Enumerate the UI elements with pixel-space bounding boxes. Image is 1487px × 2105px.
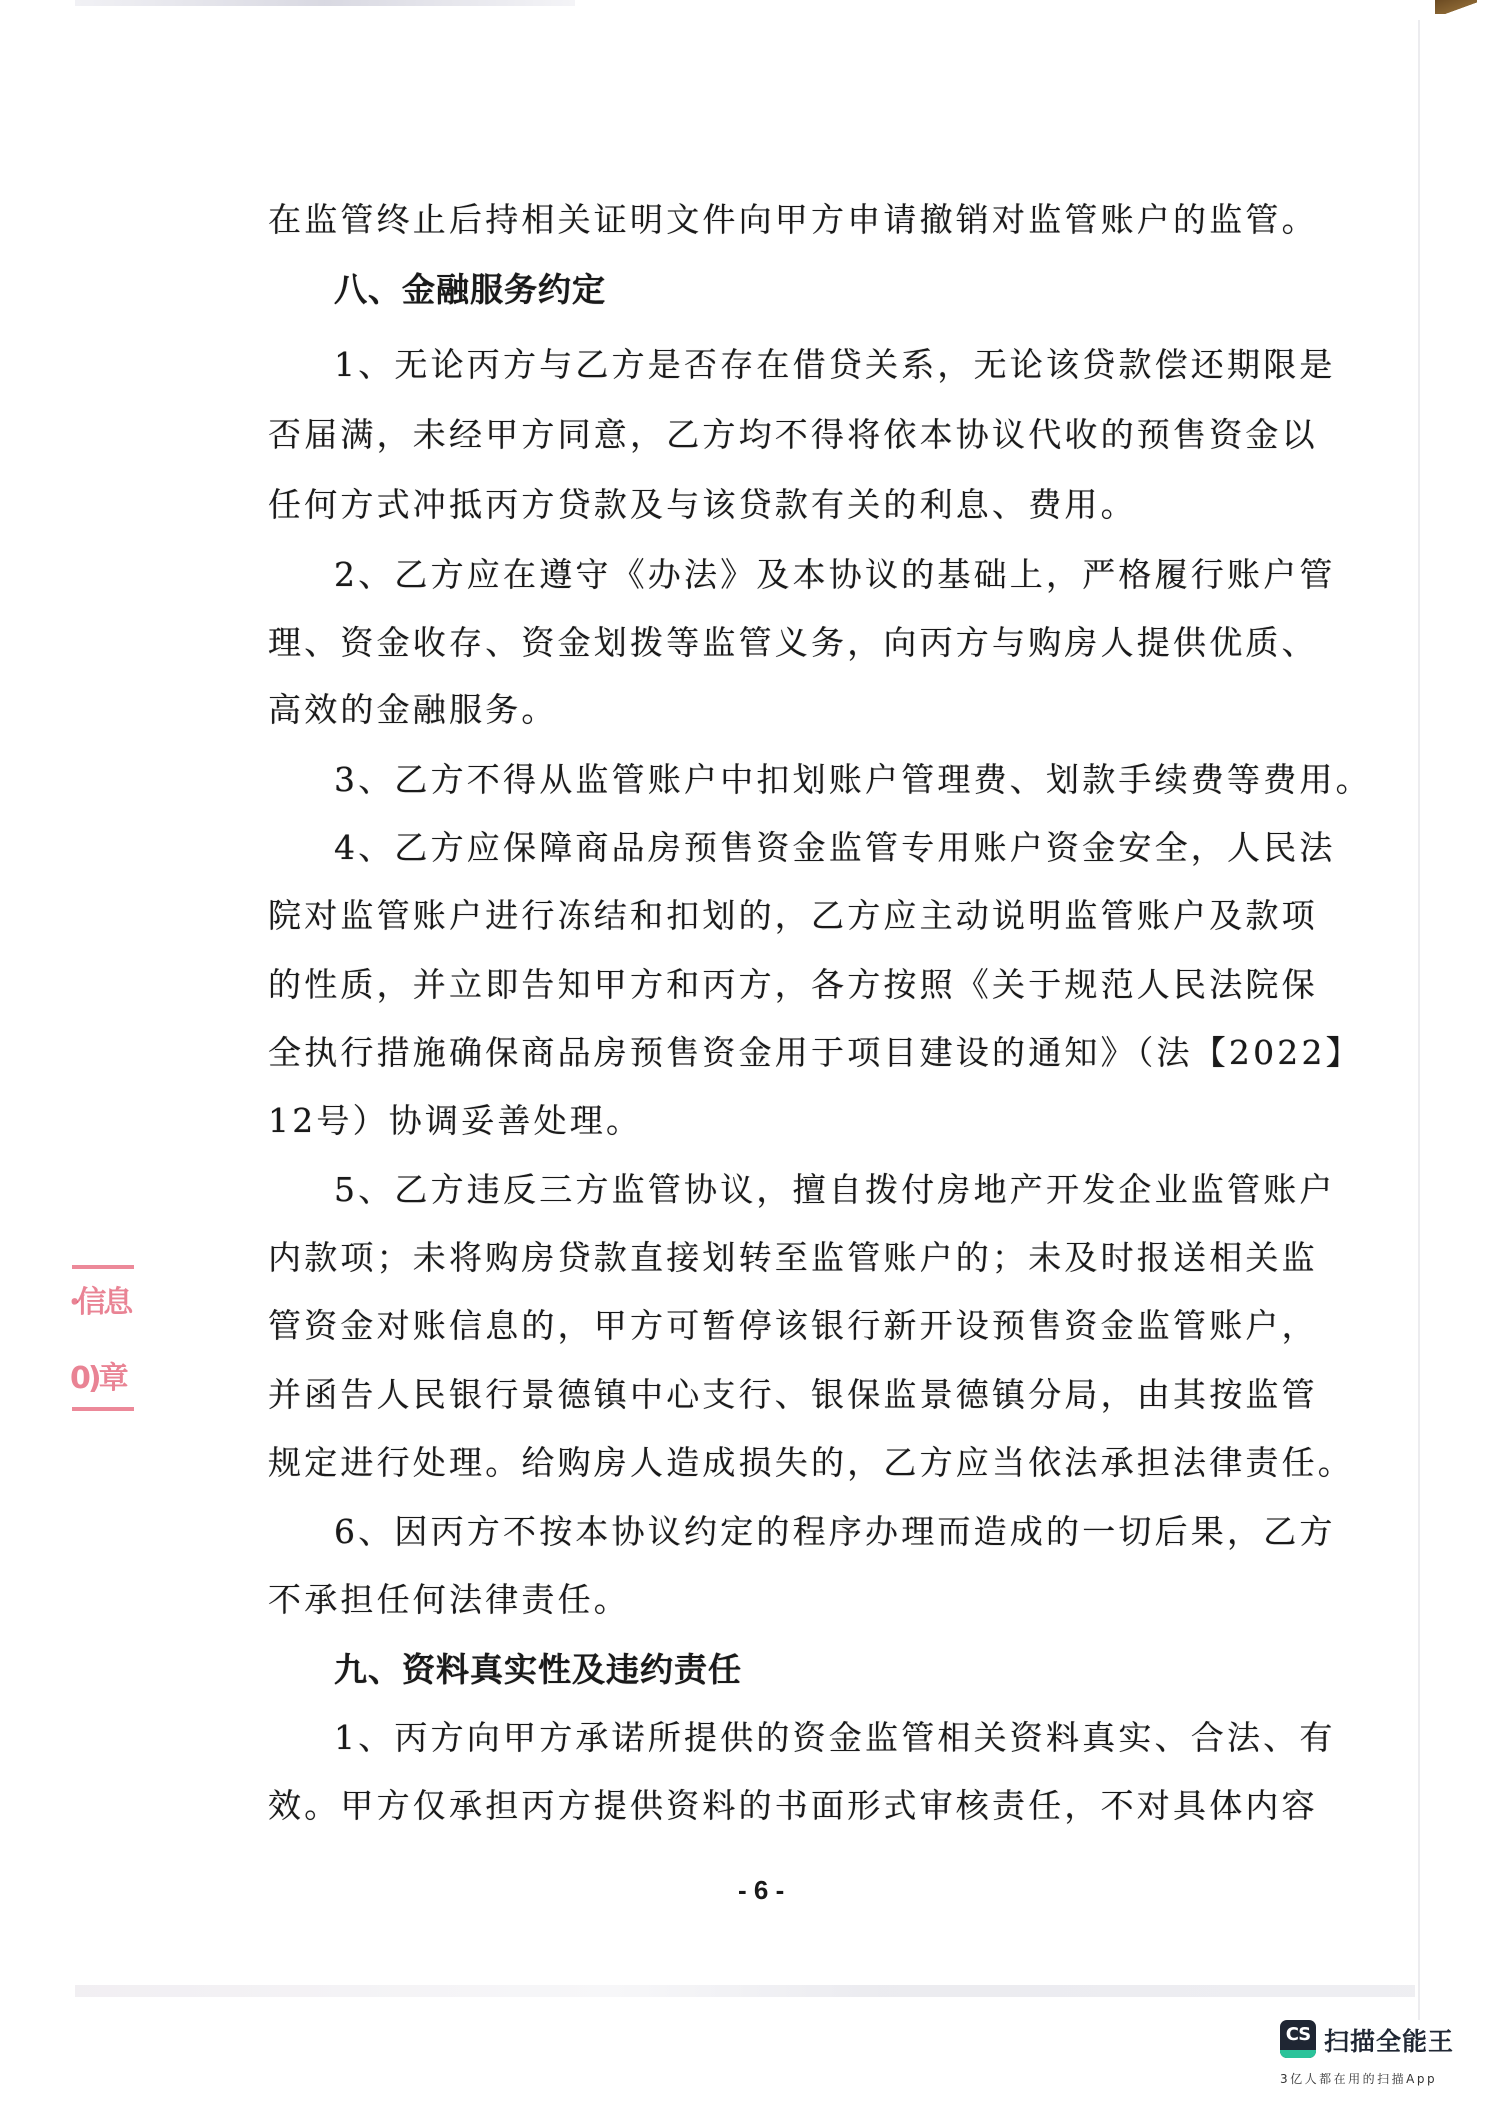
stamp-text: ꞏ信息 xyxy=(70,1277,130,1321)
scanner-watermark: CS 扫描全能王 3亿人都在用的扫描App xyxy=(1280,2020,1480,2100)
text-line: 5、乙方违反三方监管协议，擅自拨付房地产开发企业监管账户 xyxy=(334,1170,1336,1210)
text-line: 内款项；未将购房贷款直接划转至监管账户的；未及时报送相关监 xyxy=(268,1238,1318,1278)
watermark-tagline: 3亿人都在用的扫描App xyxy=(1280,2070,1437,2087)
section-heading: 九、资料真实性及违约责任 xyxy=(334,1650,742,1690)
text-line: 2、乙方应在遵守《办法》及本协议的基础上，严格履行账户管 xyxy=(334,555,1336,595)
scan-artifact-bottom xyxy=(75,1985,1415,1997)
page-edge xyxy=(1418,20,1420,2020)
text-line: 在监管终止后持相关证明文件向甲方申请撤销对监管账户的监管。 xyxy=(268,200,1318,240)
stamp-border xyxy=(72,1265,134,1269)
page-number: - 6 - xyxy=(738,1875,784,1906)
text-line: 全执行措施确保商品房预售资金用于项目建设的通知》（法【2022】 xyxy=(268,1033,1362,1073)
text-line: 3、乙方不得从监管账户中扣划账户管理费、划款手续费等费用。 xyxy=(334,760,1372,800)
text-line: 不承担任何法律责任。 xyxy=(268,1580,630,1620)
text-line: 任何方式冲抵丙方贷款及与该贷款有关的利息、费用。 xyxy=(268,485,1137,525)
text-line: 理、资金收存、资金划拨等监管义务，向丙方与购房人提供优质、 xyxy=(268,623,1318,663)
text-line: 否届满，未经甲方同意，乙方均不得将依本协议代收的预售资金以 xyxy=(268,415,1318,455)
watermark-app-name: 扫描全能王 xyxy=(1324,2022,1454,2058)
scan-artifact-top xyxy=(75,0,575,6)
text-line: 规定进行处理。给购房人造成损失的，乙方应当依法承担法律责任。 xyxy=(268,1443,1354,1483)
stamp-text: 0)章 xyxy=(70,1353,126,1397)
text-line: 的性质，并立即告知甲方和丙方，各方按照《关于规范人民法院保 xyxy=(268,965,1318,1005)
seal-stamp-partial: ꞏ信息 0)章 xyxy=(70,1265,140,1415)
text-line: 12号）协调妥善处理。 xyxy=(268,1101,642,1141)
text-line: 效。甲方仅承担丙方提供资料的书面形式审核责任，不对具体内容 xyxy=(268,1786,1318,1826)
text-line: 4、乙方应保障商品房预售资金监管专用账户资金安全，人民法 xyxy=(334,828,1336,868)
text-line: 6、因丙方不按本协议约定的程序办理而造成的一切后果，乙方 xyxy=(334,1512,1336,1552)
camscanner-logo-icon: CS xyxy=(1280,2020,1316,2058)
stamp-border xyxy=(72,1407,134,1411)
logo-accent xyxy=(1280,2050,1316,2058)
text-line: 高效的金融服务。 xyxy=(268,690,558,730)
text-line: 院对监管账户进行冻结和扣划的，乙方应主动说明监管账户及款项 xyxy=(268,896,1318,936)
logo-text: CS xyxy=(1280,2024,1316,2045)
section-heading: 八、金融服务约定 xyxy=(334,270,606,310)
text-line: 1、丙方向甲方承诺所提供的资金监管相关资料真实、合法、有 xyxy=(334,1718,1336,1758)
text-line: 并函告人民银行景德镇中心支行、银保监景德镇分局，由其按监管 xyxy=(268,1375,1318,1415)
text-line: 1、无论丙方与乙方是否存在借贷关系，无论该贷款偿还期限是 xyxy=(334,345,1336,385)
text-line: 管资金对账信息的，甲方可暂停该银行新开设预售资金监管账户， xyxy=(268,1306,1318,1346)
page-corner-fold xyxy=(1435,0,1477,14)
